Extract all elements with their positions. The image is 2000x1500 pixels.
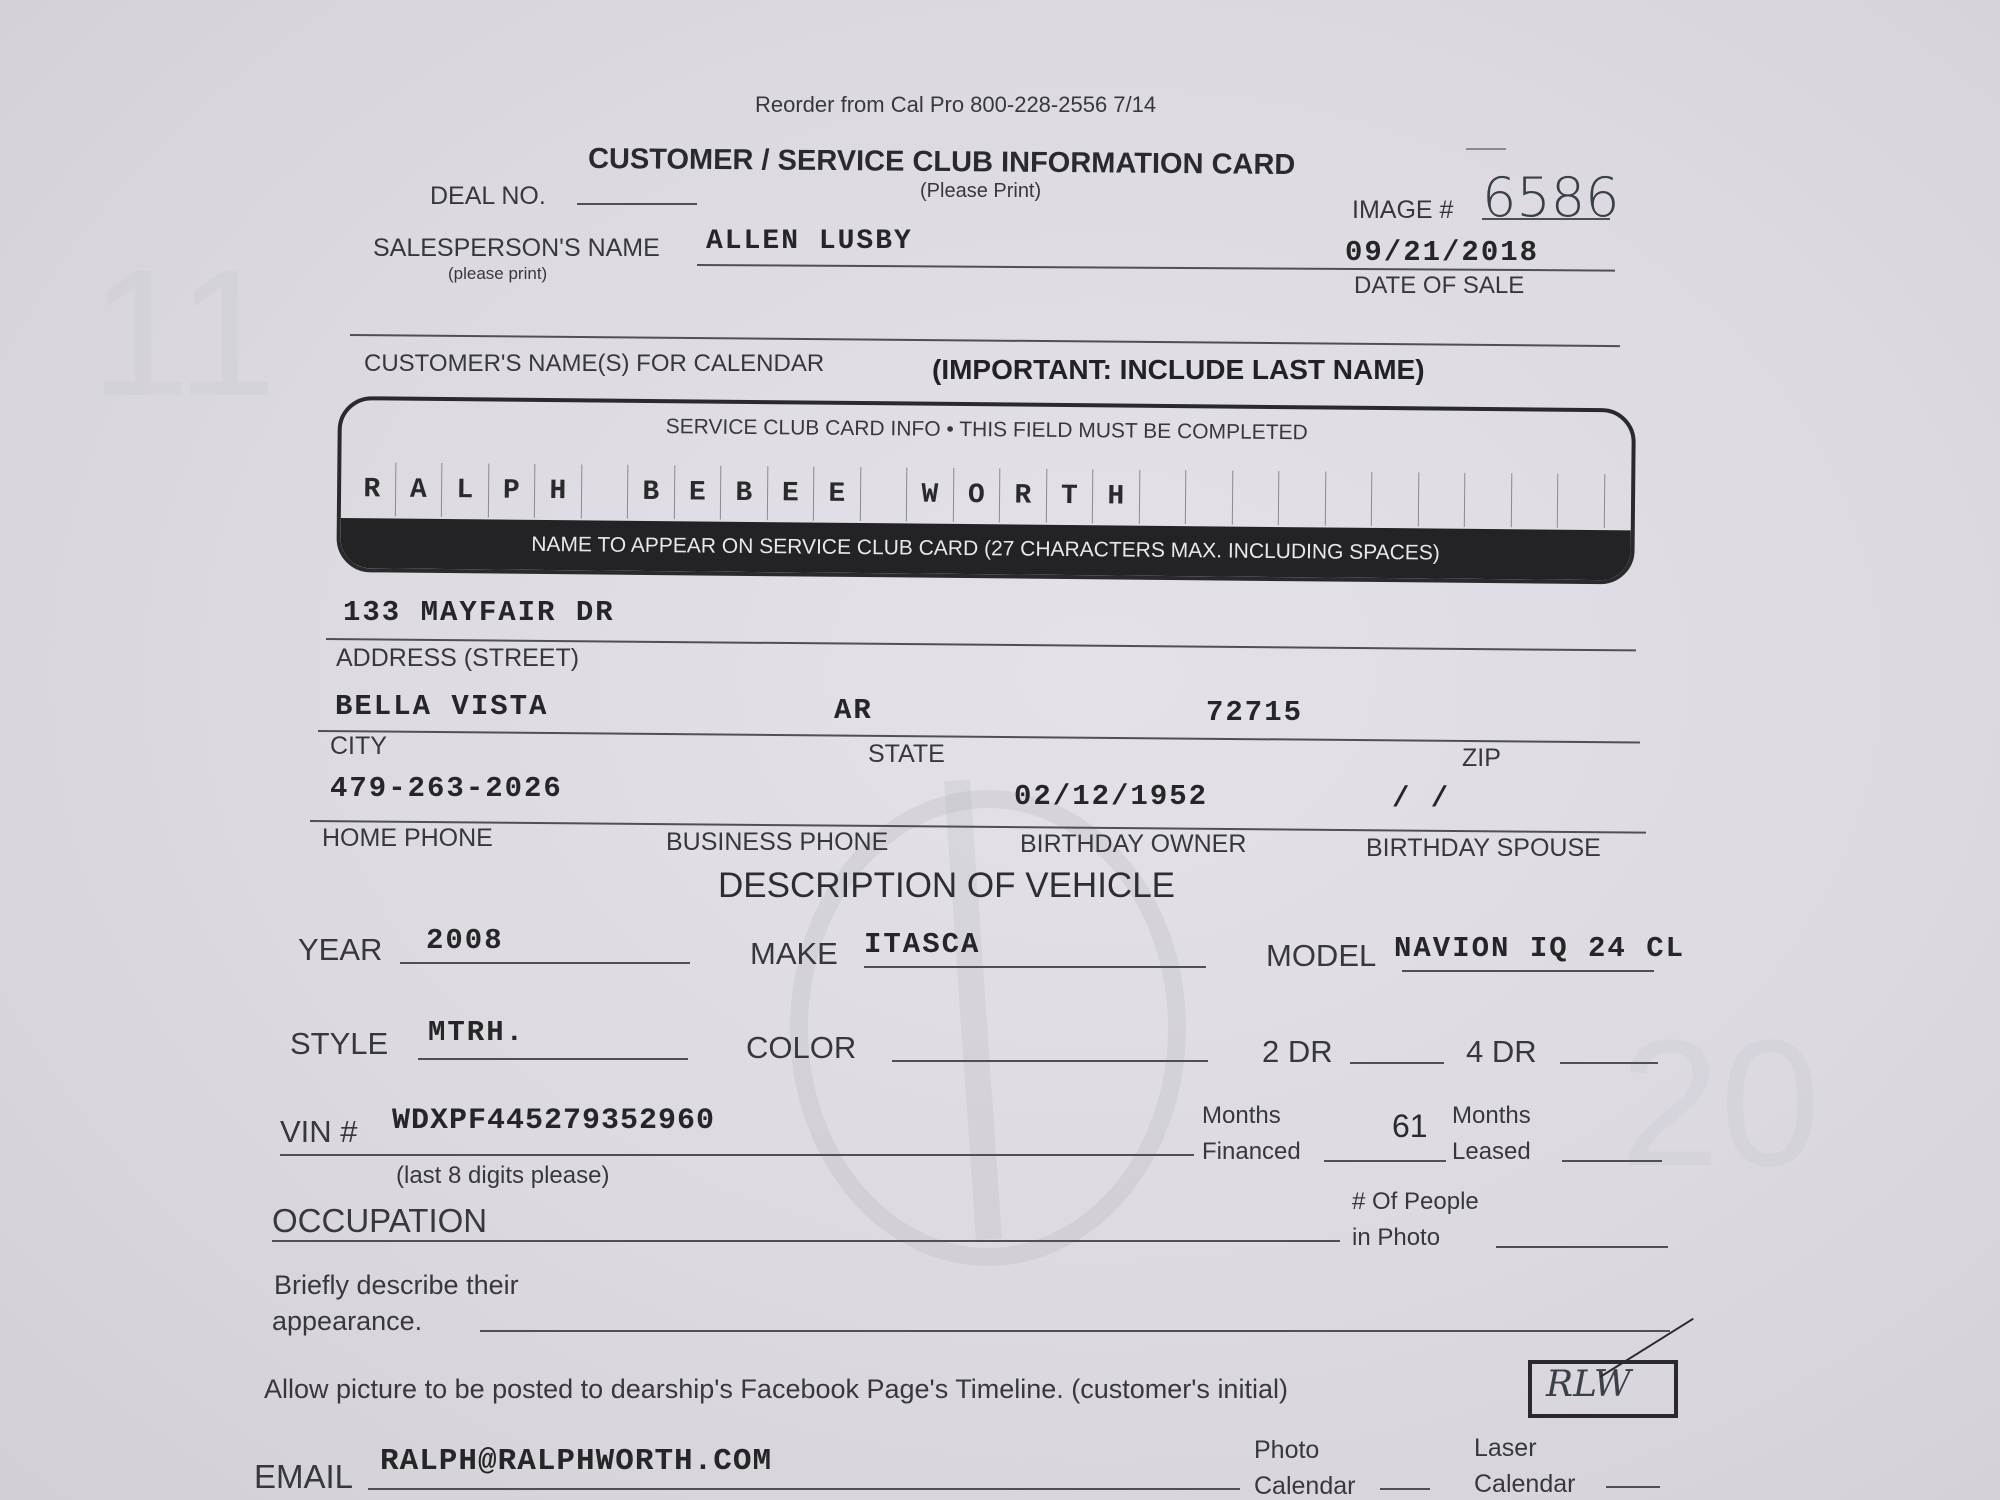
appearance-label-1: Briefly describe their bbox=[274, 1270, 519, 1301]
name-char-cell[interactable] bbox=[860, 467, 907, 521]
vin-label: VIN # bbox=[280, 1114, 358, 1150]
zip-label: ZIP bbox=[1462, 744, 1501, 773]
style-underline bbox=[418, 1058, 688, 1060]
four-door-label: 4 DR bbox=[1466, 1034, 1537, 1070]
people-in-photo-field[interactable] bbox=[1496, 1246, 1668, 1248]
image-no-underline bbox=[1482, 218, 1610, 220]
make-value[interactable]: ITASCA bbox=[864, 928, 980, 961]
name-char-cell[interactable] bbox=[1418, 472, 1465, 526]
model-underline bbox=[1402, 970, 1654, 972]
months-leased-label-1: Months bbox=[1452, 1102, 1531, 1130]
four-door-field[interactable] bbox=[1560, 1062, 1658, 1064]
city-state-zip-underline bbox=[318, 730, 1640, 744]
year-value[interactable]: 2008 bbox=[426, 924, 504, 957]
year-label: YEAR bbox=[298, 932, 382, 968]
calendar-name-label: CUSTOMER'S NAME(S) FOR CALENDAR bbox=[364, 350, 824, 378]
people-in-photo-label-1: # Of People bbox=[1352, 1188, 1479, 1216]
months-leased-field[interactable] bbox=[1562, 1160, 1662, 1162]
name-char-cell[interactable]: E bbox=[814, 467, 861, 521]
laser-calendar-label-2: Calendar bbox=[1474, 1470, 1575, 1499]
birthday-owner-value[interactable]: 02/12/1952 bbox=[1014, 780, 1208, 813]
customer-initial-box[interactable]: RLW bbox=[1528, 1360, 1678, 1418]
year-underline bbox=[400, 962, 690, 964]
name-char-cell[interactable] bbox=[1511, 473, 1558, 527]
name-char-cell[interactable]: T bbox=[1046, 469, 1093, 523]
email-underline bbox=[368, 1488, 1240, 1490]
birthday-spouse-label: BIRTHDAY SPOUSE bbox=[1366, 834, 1601, 863]
name-char-cell[interactable] bbox=[1465, 473, 1512, 527]
model-value[interactable]: NAVION IQ 24 CL bbox=[1394, 932, 1685, 965]
appearance-field[interactable] bbox=[480, 1330, 1670, 1332]
email-value[interactable]: RALPH@RALPHWORTH.COM bbox=[380, 1444, 772, 1479]
date-of-sale-label: DATE OF SALE bbox=[1354, 272, 1524, 300]
name-char-cell[interactable]: W bbox=[907, 467, 954, 521]
months-financed-value[interactable]: 61 bbox=[1392, 1108, 1428, 1145]
name-char-cell[interactable]: H bbox=[1093, 469, 1140, 523]
make-label: MAKE bbox=[750, 936, 838, 972]
photo-calendar-field[interactable] bbox=[1380, 1488, 1430, 1490]
please-print-note: (Please Print) bbox=[920, 180, 1041, 203]
deal-no-field[interactable] bbox=[577, 203, 697, 205]
home-phone-value[interactable]: 479-263-2026 bbox=[330, 772, 563, 805]
months-financed-underline bbox=[1324, 1160, 1446, 1162]
people-in-photo-label-2: in Photo bbox=[1352, 1224, 1440, 1252]
vin-sublabel: (last 8 digits please) bbox=[396, 1162, 609, 1190]
months-financed-label-2: Financed bbox=[1202, 1138, 1301, 1166]
vehicle-heading: DESCRIPTION OF VEHICLE bbox=[718, 866, 1175, 906]
calendar-name-important: (IMPORTANT: INCLUDE LAST NAME) bbox=[932, 354, 1425, 386]
calendar-name-field[interactable] bbox=[350, 334, 1620, 347]
name-char-cell[interactable]: P bbox=[488, 463, 535, 517]
name-char-cell[interactable]: O bbox=[953, 468, 1000, 522]
state-label: STATE bbox=[868, 740, 945, 769]
birthday-spouse-value[interactable]: / / bbox=[1392, 782, 1450, 815]
reorder-line: Reorder from Cal Pro 800-228-2556 7/14 bbox=[755, 92, 1156, 118]
zip-value[interactable]: 72715 bbox=[1206, 696, 1303, 729]
bleed-through-mark: 20 bbox=[1620, 1000, 1820, 1207]
months-financed-label-1: Months bbox=[1202, 1102, 1281, 1130]
name-char-cell[interactable] bbox=[1139, 470, 1186, 524]
color-underline bbox=[892, 1060, 1208, 1062]
service-club-name-cells[interactable]: R A L P H B E B E E W O R T H bbox=[349, 462, 1605, 528]
name-char-cell[interactable]: E bbox=[767, 466, 814, 520]
name-char-cell[interactable]: B bbox=[721, 466, 768, 520]
name-char-cell[interactable] bbox=[1372, 472, 1419, 526]
tick-mark bbox=[1466, 148, 1506, 150]
color-label: COLOR bbox=[746, 1030, 856, 1066]
vin-value[interactable]: WDXPF445279352960 bbox=[392, 1104, 715, 1138]
facebook-consent-text: Allow picture to be posted to dearship's… bbox=[264, 1374, 1288, 1405]
home-phone-label: HOME PHONE bbox=[322, 824, 493, 853]
bleed-through-mark: 11 bbox=[90, 230, 277, 437]
date-of-sale-value[interactable]: 09/21/2018 bbox=[1345, 236, 1539, 269]
photo-calendar-label-1: Photo bbox=[1254, 1436, 1319, 1465]
occupation-field[interactable] bbox=[272, 1240, 1340, 1242]
model-label: MODEL bbox=[1266, 938, 1376, 974]
email-label: EMAIL bbox=[254, 1458, 353, 1496]
business-phone-label: BUSINESS PHONE bbox=[666, 828, 888, 857]
laser-calendar-label-1: Laser bbox=[1474, 1434, 1537, 1463]
name-char-cell[interactable] bbox=[1279, 471, 1326, 525]
two-door-label: 2 DR bbox=[1262, 1034, 1333, 1070]
form-title: CUSTOMER / SERVICE CLUB INFORMATION CARD bbox=[588, 143, 1296, 182]
street-label: ADDRESS (STREET) bbox=[336, 644, 579, 673]
name-char-cell[interactable] bbox=[1232, 471, 1279, 525]
occupation-label: OCCUPATION bbox=[272, 1202, 487, 1240]
service-club-bar-label: NAME TO APPEAR ON SERVICE CLUB CARD (27 … bbox=[340, 518, 1630, 580]
name-char-cell[interactable]: E bbox=[674, 465, 721, 519]
appearance-label-2: appearance. bbox=[272, 1306, 422, 1337]
style-label: STYLE bbox=[290, 1026, 388, 1062]
image-no-label: IMAGE # bbox=[1352, 196, 1453, 225]
style-value[interactable]: MTRH. bbox=[428, 1016, 525, 1049]
customer-initial-value: RLW bbox=[1546, 1364, 1631, 1405]
name-char-cell[interactable] bbox=[1558, 474, 1605, 528]
vin-underline bbox=[280, 1154, 1194, 1156]
photo-calendar-label-2: Calendar bbox=[1254, 1472, 1355, 1500]
salesperson-label: SALESPERSON'S NAME bbox=[373, 234, 660, 263]
salesperson-sublabel: (please print) bbox=[448, 264, 547, 284]
name-char-cell[interactable] bbox=[1325, 471, 1372, 525]
two-door-field[interactable] bbox=[1350, 1062, 1444, 1064]
name-char-cell[interactable]: R bbox=[349, 462, 396, 516]
birthday-owner-label: BIRTHDAY OWNER bbox=[1020, 830, 1246, 859]
months-leased-label-2: Leased bbox=[1452, 1138, 1531, 1166]
name-char-cell[interactable] bbox=[581, 464, 628, 518]
deal-no-label: DEAL NO. bbox=[430, 182, 546, 211]
name-char-cell[interactable]: R bbox=[1000, 468, 1047, 522]
service-club-card-box: SERVICE CLUB CARD INFO • THIS FIELD MUST… bbox=[336, 396, 1636, 584]
name-char-cell[interactable]: A bbox=[395, 463, 442, 517]
name-char-cell[interactable]: H bbox=[535, 464, 582, 518]
name-char-cell[interactable] bbox=[1186, 470, 1233, 524]
name-char-cell[interactable]: B bbox=[628, 465, 675, 519]
state-value[interactable]: AR bbox=[834, 694, 873, 727]
salesperson-value[interactable]: ALLEN LUSBY bbox=[706, 226, 913, 257]
street-value[interactable]: 133 MAYFAIR DR bbox=[343, 596, 615, 629]
service-club-note: SERVICE CLUB CARD INFO • THIS FIELD MUST… bbox=[342, 412, 1632, 448]
city-value[interactable]: BELLA VISTA bbox=[335, 690, 548, 723]
city-label: CITY bbox=[330, 732, 387, 761]
make-underline bbox=[864, 966, 1206, 968]
name-char-cell[interactable]: L bbox=[442, 463, 489, 517]
laser-calendar-field[interactable] bbox=[1606, 1486, 1660, 1488]
